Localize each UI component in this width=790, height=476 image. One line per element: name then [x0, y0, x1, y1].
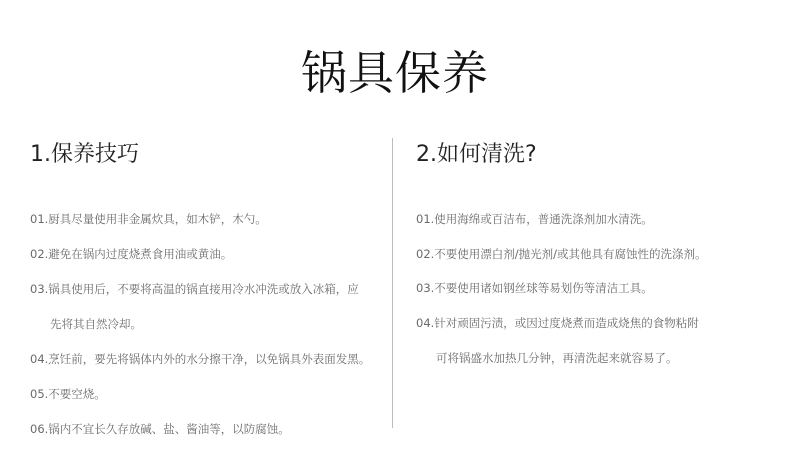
tip-item-02: 02.避免在锅内过度烧煮食用油或黄油。 [30, 237, 380, 272]
cleaning-item-04: 04.针对顽固污渍，或因过度烧煮而造成烧焦的食物粘附 [416, 306, 776, 341]
tip-item-01: 01.厨具尽量使用非金属炊具，如木铲，木勺。 [30, 202, 380, 237]
maintenance-tips-list: 01.厨具尽量使用非金属炊具，如木铲，木勺。 02.避免在锅内过度烧煮食用油或黄… [30, 202, 380, 447]
cleaning-section: 2.如何清洗? 01.使用海绵或百洁布，普通洗涤剂加水清洗。 02.不要使用漂白… [416, 138, 776, 172]
tip-item-06: 06.锅内不宜长久存放碱、盐、酱油等，以防腐蚀。 [30, 412, 380, 447]
maintenance-tips-section: 1.保养技巧 01.厨具尽量使用非金属炊具，如木铲，木勺。 02.避免在锅内过度… [30, 138, 380, 172]
column-divider [392, 138, 393, 428]
tip-item-05: 05.不要空烧。 [30, 377, 380, 412]
cleaning-tips-list: 01.使用海绵或百洁布，普通洗涤剂加水清洗。 02.不要使用漂白剂/抛光剂/或其… [416, 202, 776, 375]
cleaning-item-01: 01.使用海绵或百洁布，普通洗涤剂加水清洗。 [416, 202, 776, 237]
page-title: 锅具保养 [0, 43, 790, 103]
tip-item-04: 04.烹饪前，要先将锅体内外的水分擦干净，以免锅具外表面发黑。 [30, 342, 380, 377]
tip-item-03-continuation: 先将其自然冷却。 [30, 307, 380, 342]
cleaning-item-04-continuation: 可将锅盛水加热几分钟，再清洗起来就容易了。 [416, 341, 776, 376]
cleaning-item-02: 02.不要使用漂白剂/抛光剂/或其他具有腐蚀性的洗涤剂。 [416, 237, 776, 272]
tip-item-03: 03.锅具使用后，不要将高温的锅直接用冷水冲洗或放入冰箱，应 [30, 272, 380, 307]
section-heading-maintenance: 1.保养技巧 [30, 138, 380, 172]
section-heading-cleaning: 2.如何清洗? [416, 138, 776, 172]
cleaning-item-03: 03.不要使用诸如钢丝球等易划伤等清洁工具。 [416, 271, 776, 306]
